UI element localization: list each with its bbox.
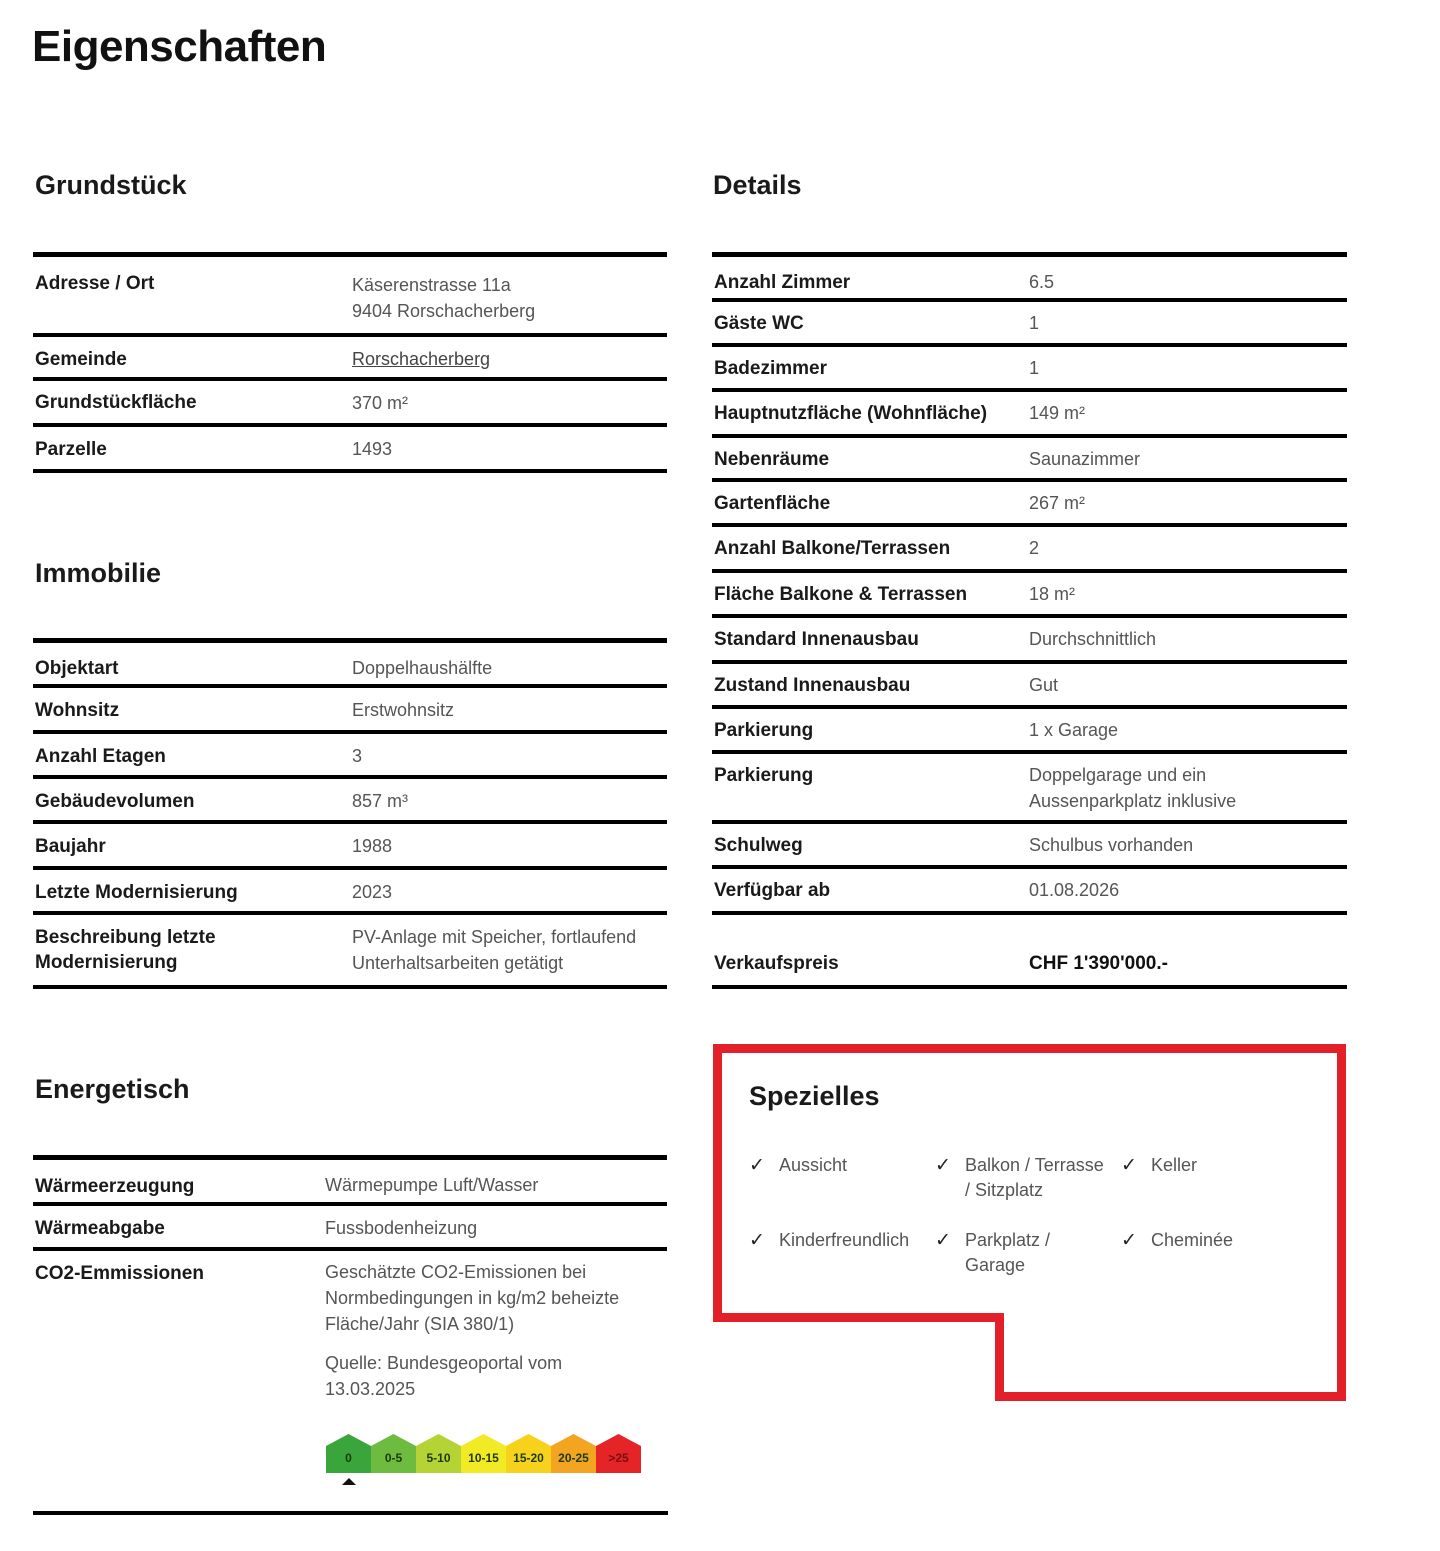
feature-label: Kinderfreundlich xyxy=(779,1228,929,1253)
section-title: Spezielles xyxy=(749,1081,880,1112)
check-icon: ✓ xyxy=(749,1153,779,1178)
feature-item: ✓Kinderfreundlich xyxy=(749,1228,929,1253)
check-icon: ✓ xyxy=(749,1228,779,1253)
check-icon: ✓ xyxy=(935,1228,965,1278)
feature-item: ✓Balkon / Terrasse/ Sitzplatz xyxy=(935,1153,1115,1203)
check-icon: ✓ xyxy=(1121,1228,1151,1253)
check-icon: ✓ xyxy=(1121,1153,1151,1178)
feature-item: ✓Cheminée xyxy=(1121,1228,1301,1253)
feature-label: Balkon / Terrasse/ Sitzplatz xyxy=(965,1153,1115,1203)
spezielles-highlight-outline xyxy=(0,0,1440,1551)
feature-item: ✓Parkplatz /Garage xyxy=(935,1228,1115,1278)
feature-item: ✓Keller xyxy=(1121,1153,1301,1178)
feature-label: Parkplatz /Garage xyxy=(965,1228,1115,1278)
check-icon: ✓ xyxy=(935,1153,965,1203)
feature-label: Cheminée xyxy=(1151,1228,1301,1253)
feature-item: ✓Aussicht xyxy=(749,1153,929,1178)
feature-label: Keller xyxy=(1151,1153,1301,1178)
feature-label: Aussicht xyxy=(779,1153,929,1178)
